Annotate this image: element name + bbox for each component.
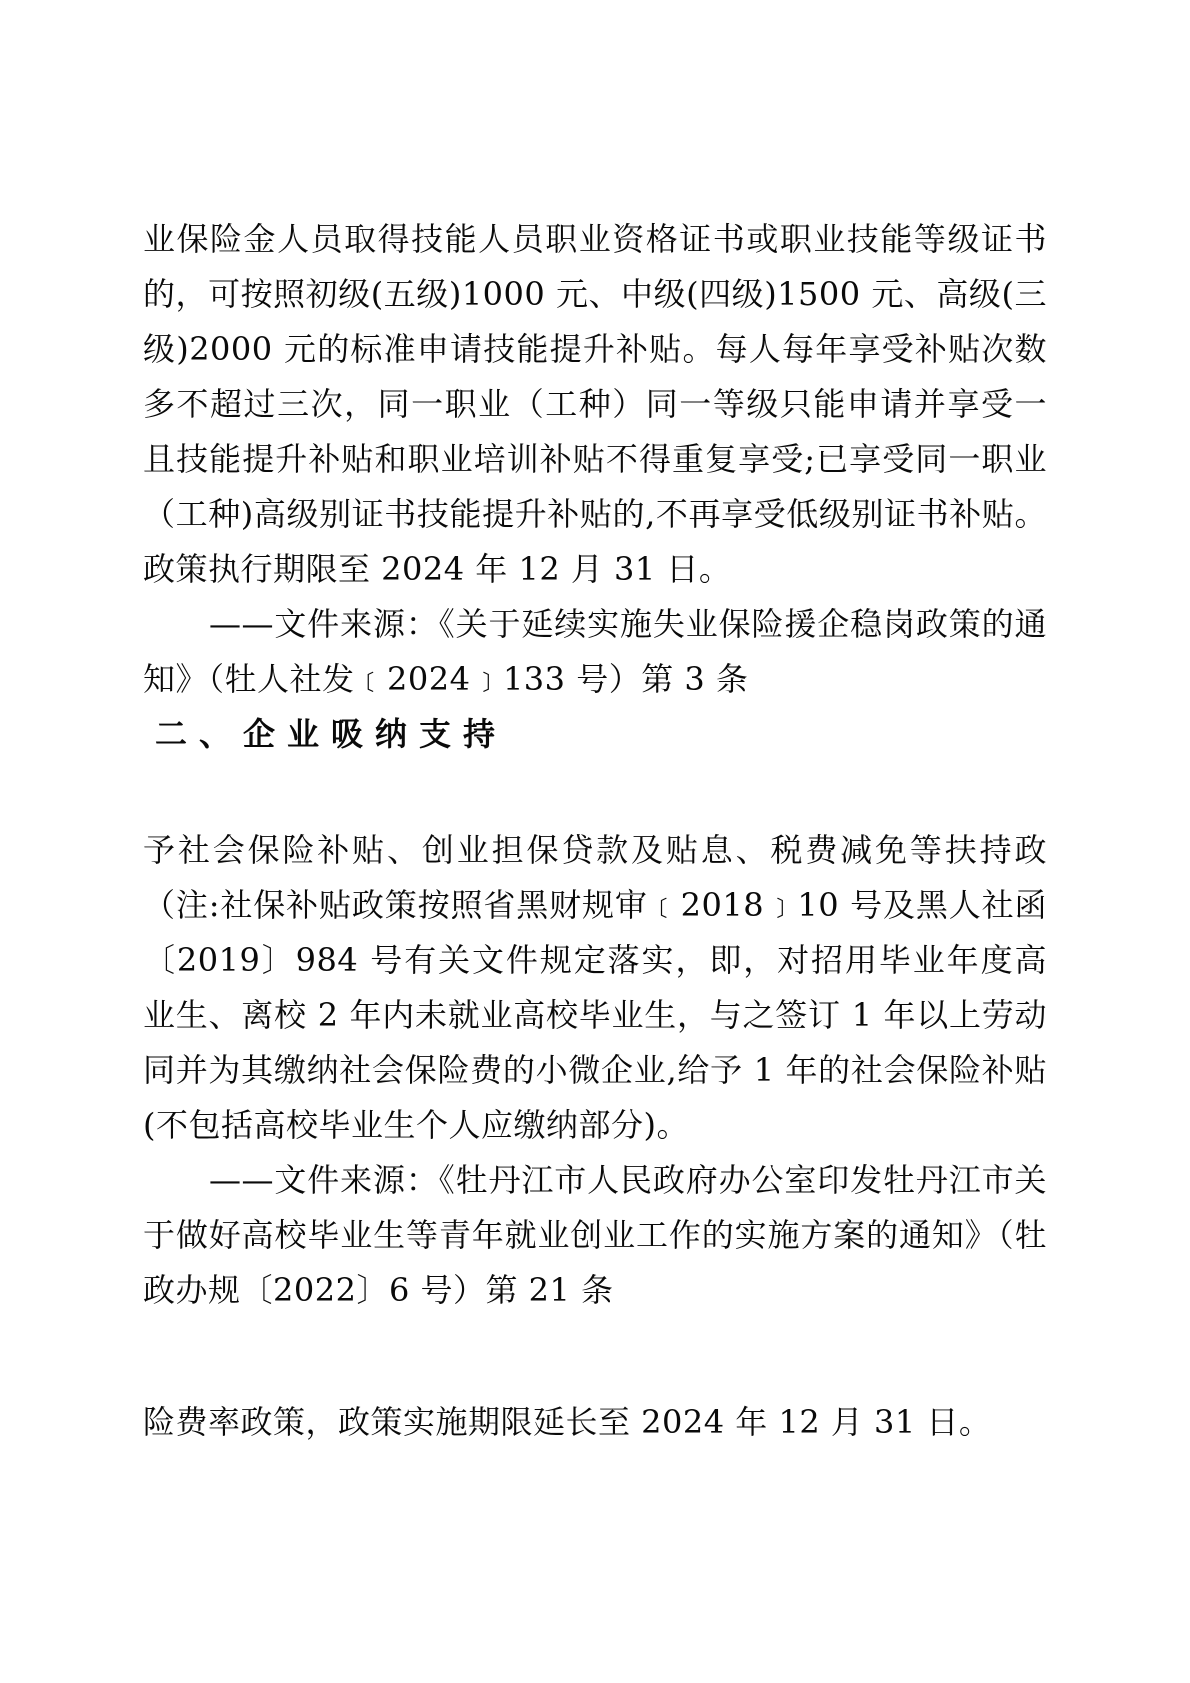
body-line: 同并为其缴纳社会保险费的小微企业,给予 1 年的社会保险补贴: [143, 1043, 1047, 1098]
body-line: 险费率政策，政策实施期限延长至 2024 年 12 月 31 日。: [143, 1395, 1047, 1450]
body-line: 业保险金人员取得技能人员职业资格证书或职业技能等级证书: [143, 212, 1047, 267]
body-line: 予社会保险补贴、创业担保贷款及贴息、税费减免等扶持政策。: [143, 823, 1047, 878]
body-line: 政策执行期限至 2024 年 12 月 31 日。: [143, 542, 1047, 597]
section-heading: 二、企业吸纳支持: [143, 707, 1047, 762]
body-line: 业生、离校 2 年内未就业高校毕业生，与之签订 1 年以上劳动合: [143, 988, 1047, 1043]
bullet-item: ●延续实施阶段性工伤保险费率政策。继续实施阶段性降低工伤保: [143, 1340, 1047, 1395]
bullet-item: ●社会保险补贴。支持中小微企业吸纳高校毕业生就业，按规定给: [143, 768, 1047, 823]
source-line: 于做好高校毕业生等青年就业创业工作的实施方案的通知》（牡: [143, 1208, 1047, 1263]
body-line: （注:社保补贴政策按照省黑财规审﹝2018﹞10 号及黑人社函: [143, 878, 1047, 933]
body-line: 多不超过三次，同一职业（工种）同一等级只能申请并享受一次，: [143, 377, 1047, 432]
document-text-block: 业保险金人员取得技能人员职业资格证书或职业技能等级证书 的，可按照初级(五级)1…: [143, 212, 1047, 1450]
body-line: 的，可按照初级(五级)1000 元、中级(四级)1500 元、高级(三: [143, 267, 1047, 322]
source-line: ——文件来源：《牡丹江市人民政府办公室印发牡丹江市关: [143, 1153, 1047, 1208]
body-line: 级)2000 元的标准申请技能提升补贴。每人每年享受补贴次数最: [143, 322, 1047, 377]
body-line: (不包括高校毕业生个人应缴纳部分)。: [143, 1098, 1047, 1153]
source-line: 知》（牡人社发﹝2024﹞133 号）第 3 条: [143, 652, 1047, 707]
source-line: ——文件来源：《关于延续实施失业保险援企稳岗政策的通: [143, 597, 1047, 652]
body-line: 且技能提升补贴和职业培训补贴不得重复享受;已享受同一职业: [143, 432, 1047, 487]
body-line: 〔2019〕984 号有关文件规定落实，即，对招用毕业年度高校毕: [143, 933, 1047, 988]
document-page: 业保险金人员取得技能人员职业资格证书或职业技能等级证书 的，可按照初级(五级)1…: [0, 0, 1190, 1683]
source-line: 政办规〔2022〕6 号）第 21 条: [143, 1263, 1047, 1318]
body-line: （工种)高级别证书技能提升补贴的,不再享受低级别证书补贴。: [143, 487, 1047, 542]
